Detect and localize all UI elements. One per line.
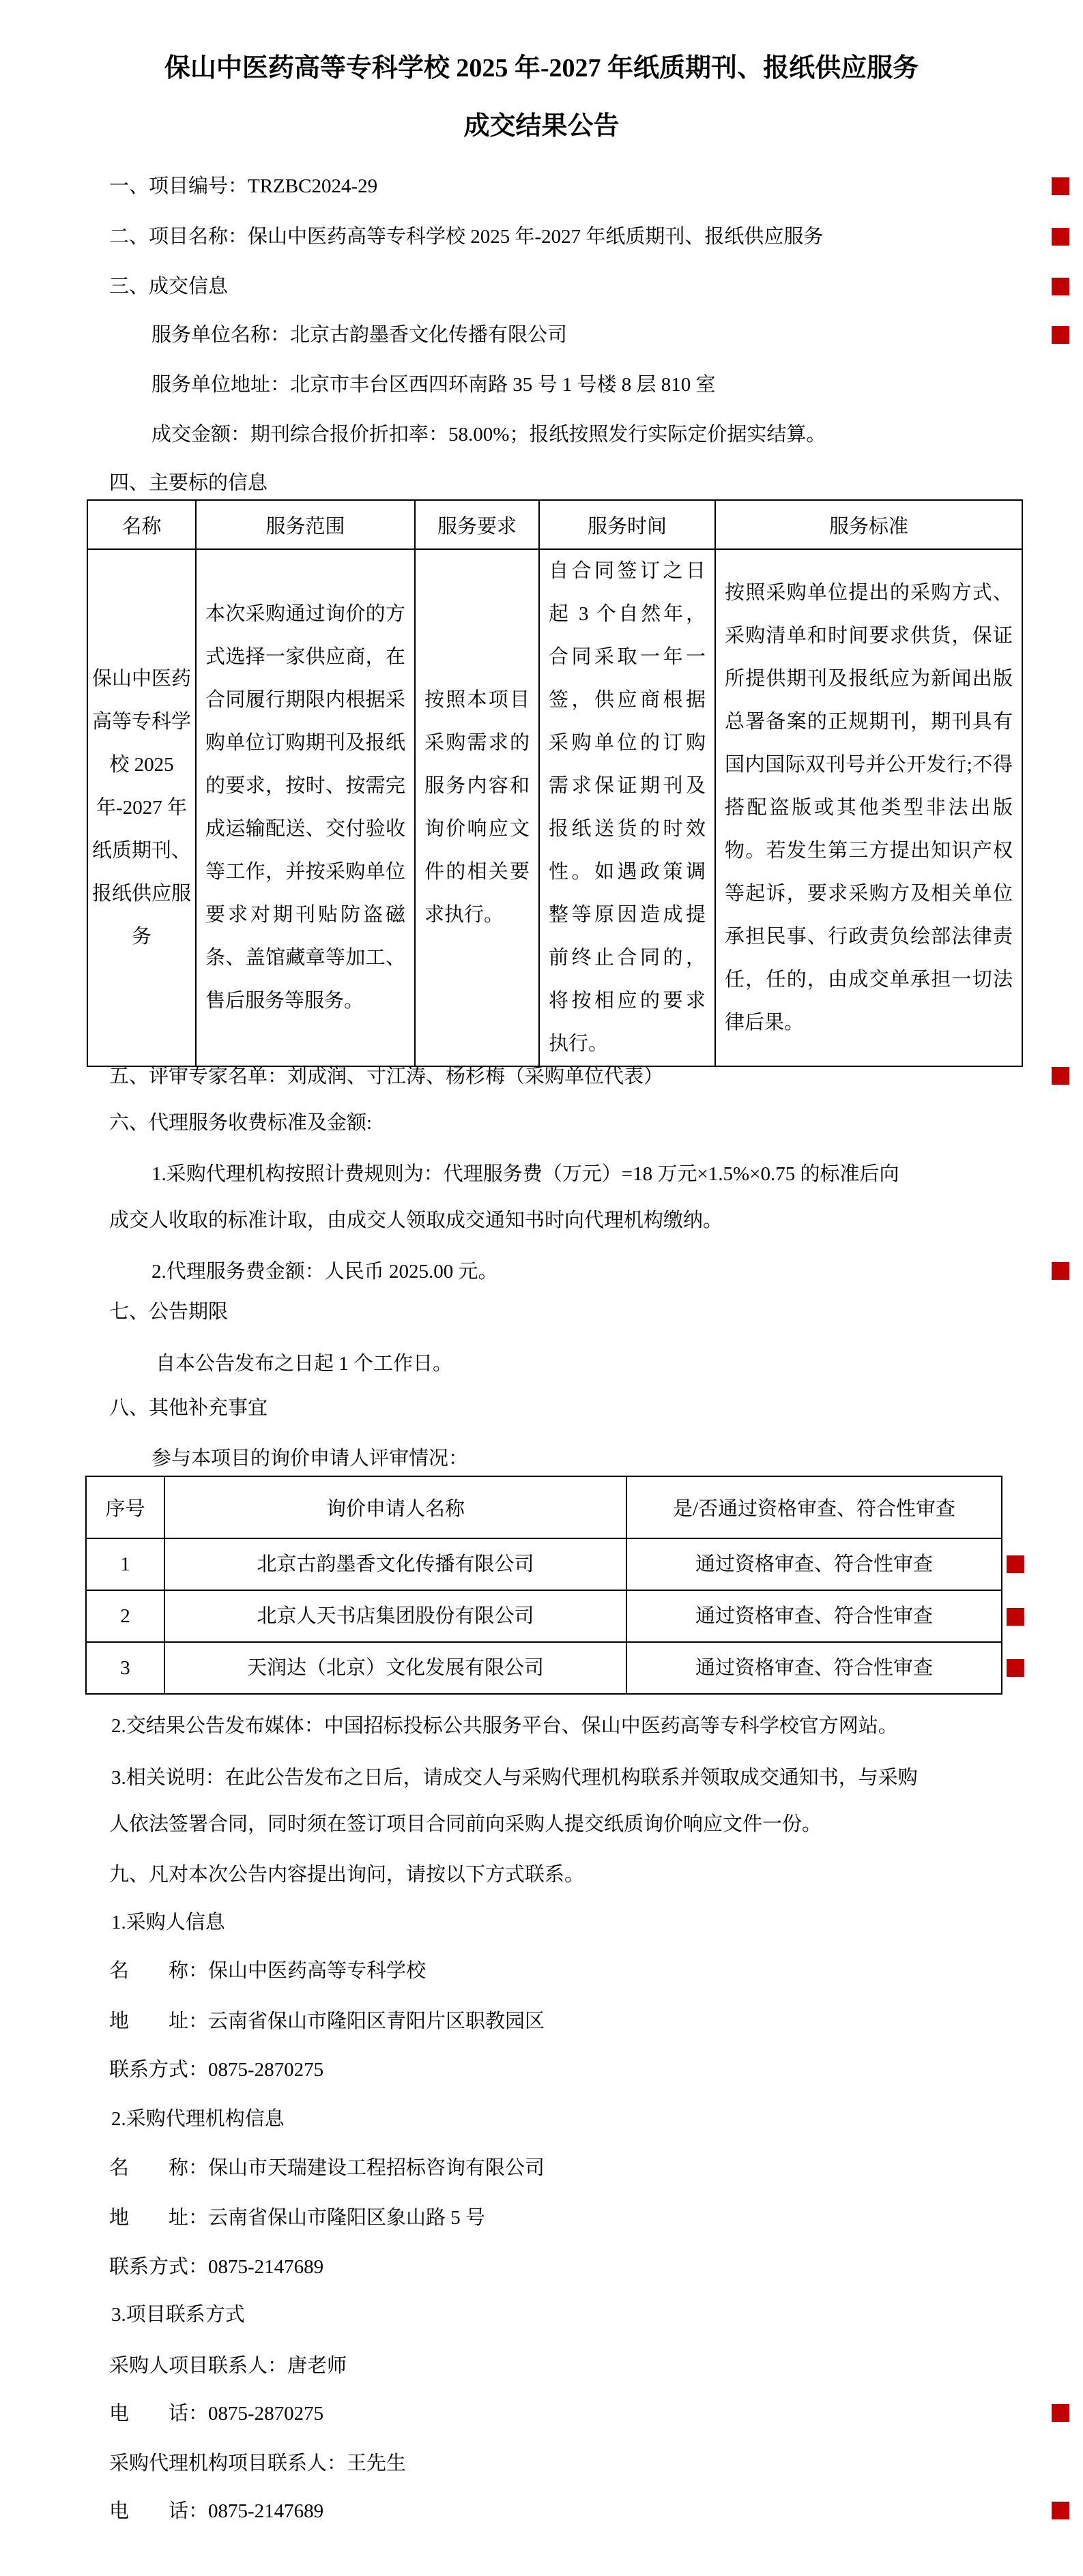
buyer-info-heading: 1.采购人信息 (111, 1910, 225, 1935)
cell-applicant: 北京人天书店集团股份有限公司 (164, 1590, 626, 1642)
cell-review-result: 通过资格审查、符合性审查 (626, 1538, 1002, 1590)
buyer-project-phone: 电 话：0875-2870275 (109, 2401, 323, 2426)
buyer-address: 地 址：云南省保山市隆阳区青阳片区职教园区 (109, 2009, 545, 2034)
related-note-line1: 3.相关说明：在此公告发布之日后，请成交人与采购代理机构联系并领取成交通知书，与… (111, 1766, 918, 1790)
red-mark (1007, 1608, 1024, 1626)
table-row: 2 北京人天书店集团股份有限公司 通过资格审查、符合性审查 (86, 1590, 1002, 1642)
buyer-contact: 联系方式：0875-2870275 (109, 2058, 323, 2082)
supplier-address: 服务单位地址：北京市丰台区西四环南路 35 号 1 号楼 8 层 810 室 (151, 372, 716, 397)
buyer-project-contact: 采购人项目联系人：唐老师 (109, 2354, 347, 2378)
red-mark (1052, 2502, 1069, 2519)
section4-heading: 四、主要标的信息 (109, 471, 268, 495)
expert-list: 五、评审专家名单：刘成润、寸江涛、杨杉梅（采购单位代表） (109, 1064, 663, 1089)
cell-index: 3 (86, 1642, 164, 1694)
red-mark (1052, 278, 1069, 295)
announcement-period: 自本公告发布之日起 1 个工作日。 (156, 1351, 452, 1376)
col-header-applicant: 询价申请人名称 (164, 1476, 626, 1538)
section3-heading: 三、成交信息 (109, 274, 228, 299)
red-mark (1052, 177, 1069, 195)
col-header-review-result: 是/否通过资格审查、符合性审查 (626, 1476, 1002, 1538)
cell-requirement: 按照本项目采购需求的服务内容和询价响应文件的相关要求执行。 (415, 549, 539, 1066)
agency-address: 地 址：云南省保山市隆阳区象山路 5 号 (109, 2206, 485, 2230)
agency-name: 名 称：保山市天瑞建设工程招标咨询有限公司 (109, 2156, 545, 2180)
cell-standard: 按照采购单位提出的采购方式、采购清单和时间要求供货，保证所提供期刊及报纸应为新闻… (715, 549, 1022, 1066)
agency-info-heading: 2.采购代理机构信息 (111, 2107, 285, 2131)
table-row: 保山中医药高等专科学校 2025 年-2027 年纸质期刊、报纸供应服务 本次采… (87, 549, 1022, 1066)
agency-project-phone: 电 话：0875-2147689 (109, 2499, 323, 2523)
agency-contact: 联系方式：0875-2147689 (109, 2255, 323, 2279)
related-note-line2: 人依法签署合同，同时须在签订项目合同前向采购人提交纸质询价响应文件一份。 (109, 1812, 822, 1836)
agency-project-contact: 采购代理机构项目联系人：王先生 (109, 2451, 406, 2476)
col-header-standard: 服务标准 (715, 500, 1022, 549)
cell-review-result: 通过资格审查、符合性审查 (626, 1590, 1002, 1642)
project-contact-heading: 3.项目联系方式 (111, 2302, 245, 2327)
document-title-line1: 保山中医药高等专科学校 2025 年-2027 年纸质期刊、报纸供应服务 (0, 50, 1083, 87)
col-header-time: 服务时间 (539, 500, 715, 549)
buyer-name: 名 称：保山中医药高等专科学校 (109, 1959, 426, 1983)
col-header-name: 名称 (87, 500, 196, 549)
section9-heading: 九、凡对本次公告内容提出询问，请按以下方式联系。 (109, 1862, 584, 1887)
red-mark (1052, 326, 1069, 344)
cell-index: 1 (86, 1538, 164, 1590)
section6-heading: 六、代理服务收费标准及金额: (109, 1111, 372, 1135)
col-header-index: 序号 (86, 1476, 164, 1538)
agency-fee-amount: 2.代理服务费金额：人民币 2025.00 元。 (151, 1259, 498, 1284)
table-header-row: 序号 询价申请人名称 是/否通过资格审查、符合性审查 (86, 1476, 1002, 1538)
table-row: 1 北京古韵墨香文化传播有限公司 通过资格审查、符合性审查 (86, 1538, 1002, 1590)
applicant-review-intro: 参与本项目的询价申请人评审情况： (151, 1446, 468, 1471)
cell-index: 2 (86, 1590, 164, 1642)
publish-media: 2.交结果公告发布媒体：中国招标投标公共服务平台、保山中医药高等专科学校官方网站… (111, 1714, 898, 1738)
cell-scope: 本次采购通过询价的方式选择一家供应商，在合同履行期限内根据采购单位订购期刊及报纸… (196, 549, 415, 1066)
project-number: 一、项目编号：TRZBC2024-29 (109, 174, 377, 199)
cell-review-result: 通过资格审查、符合性审查 (626, 1642, 1002, 1694)
red-mark (1007, 1659, 1024, 1677)
document-title-line2: 成交结果公告 (0, 108, 1083, 145)
project-name: 二、项目名称：保山中医药高等专科学校 2025 年-2027 年纸质期刊、报纸供… (109, 224, 823, 249)
red-mark (1052, 1067, 1069, 1085)
cell-name: 保山中医药高等专科学校 2025 年-2027 年纸质期刊、报纸供应服务 (87, 549, 196, 1066)
supplier-name: 服务单位名称：北京古韵墨香文化传播有限公司 (151, 323, 567, 347)
table-row: 3 天润达（北京）文化发展有限公司 通过资格审查、符合性审查 (86, 1642, 1002, 1694)
col-header-scope: 服务范围 (196, 500, 415, 549)
deal-amount: 成交金额：期刊综合报价折扣率：58.00%；报纸按照发行实际定价据实结算。 (151, 422, 826, 447)
main-subject-table: 名称 服务范围 服务要求 服务时间 服务标准 保山中医药高等专科学校 2025 … (87, 499, 1023, 1067)
section7-heading: 七、公告期限 (109, 1300, 228, 1324)
col-header-requirement: 服务要求 (415, 500, 539, 549)
cell-applicant: 天润达（北京）文化发展有限公司 (164, 1642, 626, 1694)
cell-time: 自合同签订之日起 3 个自然年，合同采取一年一签，供应商根据采购单位的订购需求保… (539, 549, 715, 1066)
agency-fee-rule-line2: 成交人收取的标准计取，由成交人领取成交通知书时向代理机构缴纳。 (109, 1208, 723, 1233)
cell-applicant: 北京古韵墨香文化传播有限公司 (164, 1538, 626, 1590)
red-mark (1007, 1555, 1024, 1573)
announcement-document: 保山中医药高等专科学校 2025 年-2027 年纸质期刊、报纸供应服务 成交结… (0, 0, 1083, 2576)
table-header-row: 名称 服务范围 服务要求 服务时间 服务标准 (87, 500, 1022, 549)
red-mark (1052, 2404, 1069, 2422)
applicant-review-table: 序号 询价申请人名称 是/否通过资格审查、符合性审查 1 北京古韵墨香文化传播有… (85, 1476, 1002, 1695)
red-mark (1052, 1262, 1069, 1280)
agency-fee-rule-line1: 1.采购代理机构按照计费规则为：代理服务费（万元）=18 万元×1.5%×0.7… (151, 1162, 899, 1186)
section8-heading: 八、其他补充事宜 (109, 1396, 268, 1420)
red-mark (1052, 228, 1069, 246)
